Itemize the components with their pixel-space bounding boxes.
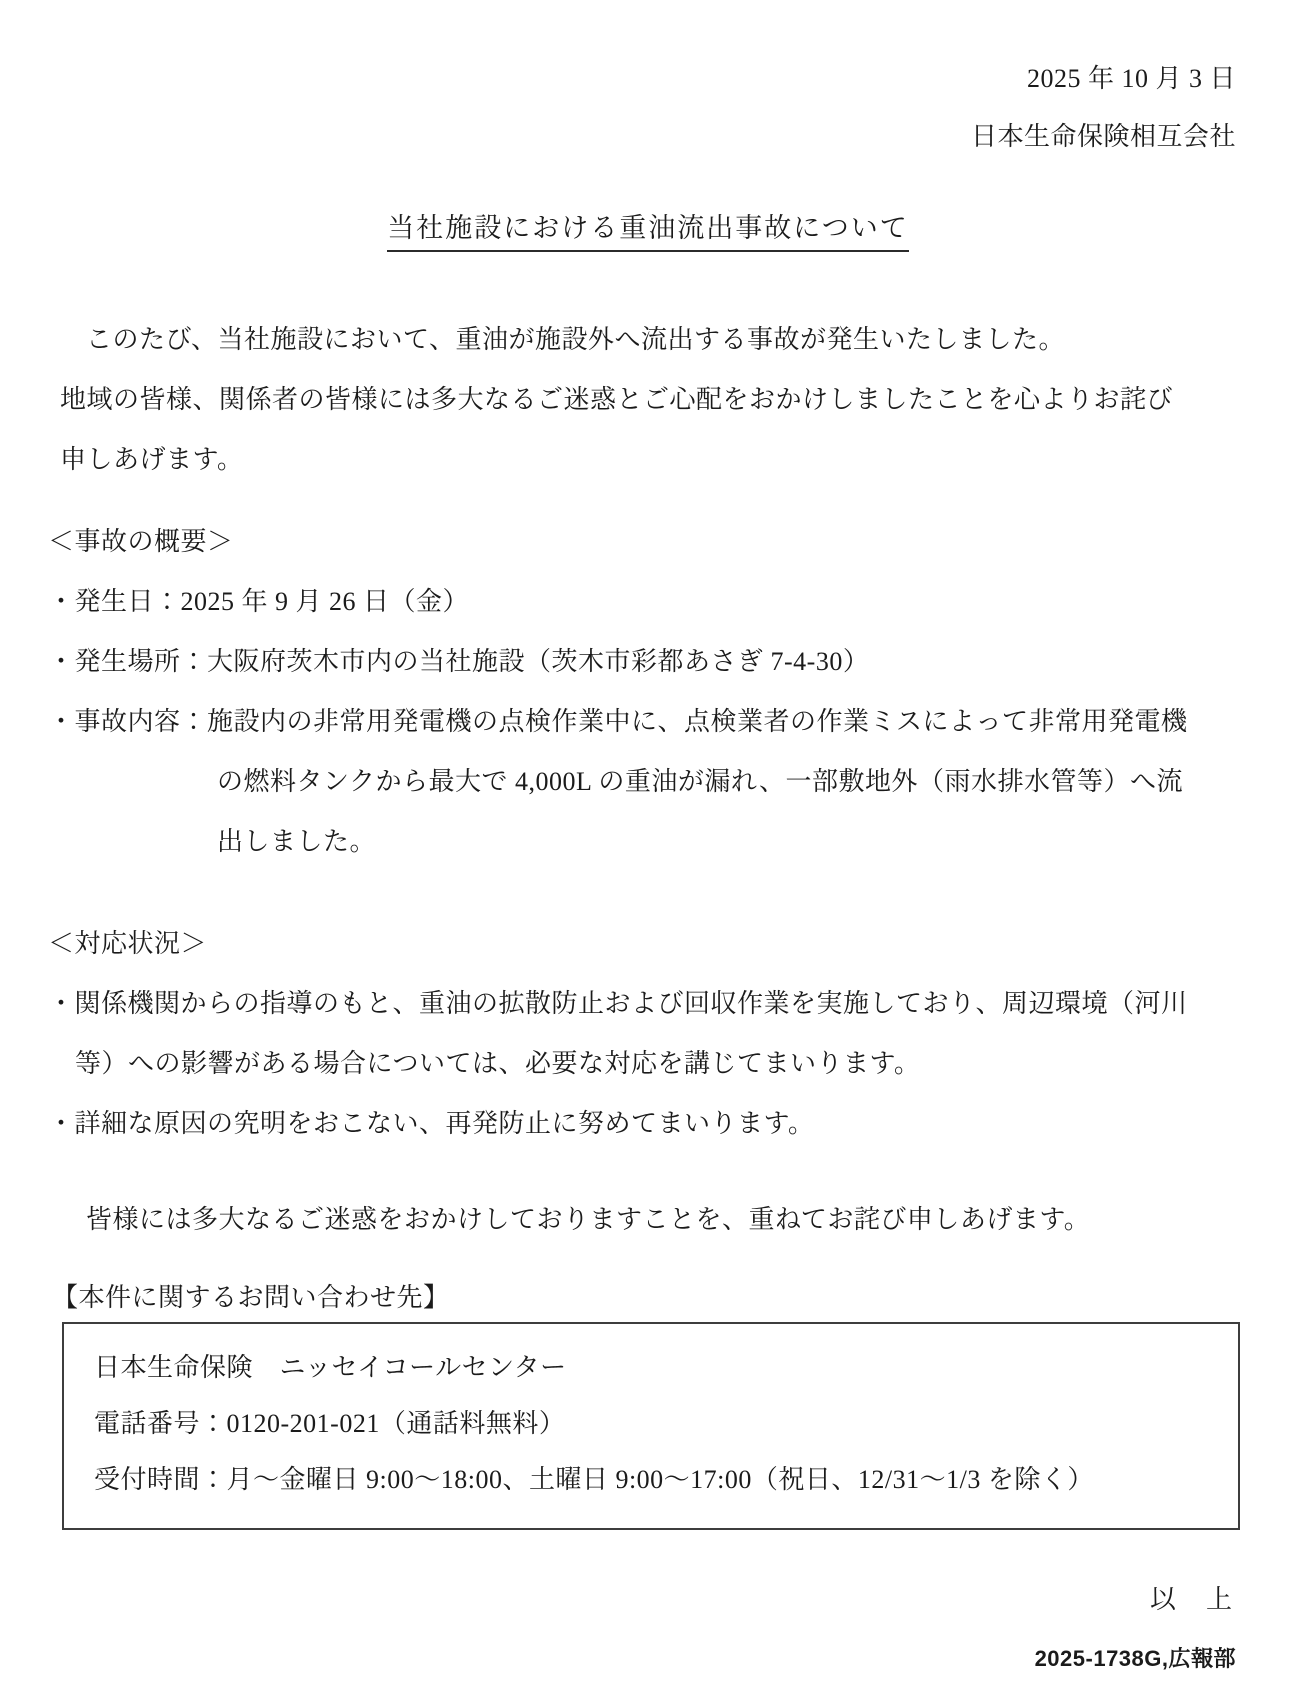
response-item-1-line-1: ・関係機関からの指導のもと、重油の拡散防止および回収作業を実施しており、周辺環境…	[48, 974, 1236, 1034]
press-release-page: 2025 年 10 月 3 日 日本生命保険相互会社 当社施設における重油流出事…	[0, 0, 1300, 1694]
contact-section-heading: 【本件に関するお問い合わせ先】	[52, 1274, 1236, 1322]
contact-phone-number: 電話番号：0120-201-021（通話料無料）	[94, 1396, 1228, 1452]
overview-location-item: ・発生場所：大阪府茨木市内の当社施設（茨木市彩都あさぎ 7-4-30）	[48, 632, 1236, 692]
overview-detail-line-1: ・事故内容：施設内の非常用発電機の点検作業中に、点検業者の作業ミスによって非常用…	[48, 692, 1236, 752]
response-item-2: ・詳細な原因の究明をおこない、再発防止に努めてまいります。	[48, 1094, 1236, 1154]
contact-info-box: 日本生命保険 ニッセイコールセンター 電話番号：0120-201-021（通話料…	[62, 1322, 1240, 1530]
end-mark: 以 上	[60, 1582, 1236, 1618]
contact-business-hours: 受付時間：月～金曜日 9:00～18:00、土曜日 9:00～17:00（祝日、…	[94, 1452, 1228, 1508]
title-row: 当社施設における重油流出事故について	[60, 206, 1236, 252]
release-date: 2025 年 10 月 3 日	[60, 62, 1236, 96]
response-section-heading: ＜対応状況＞	[48, 914, 1236, 974]
intro-paragraph-line-3: 申しあげます。	[60, 430, 1236, 490]
overview-detail-line-2: の燃料タンクから最大で 4,000L の重油が漏れ、一部敷地外（雨水排水管等）へ…	[60, 752, 1236, 812]
contact-center-name: 日本生命保険 ニッセイコールセンター	[94, 1340, 1228, 1396]
document-title: 当社施設における重油流出事故について	[387, 206, 908, 252]
intro-paragraph-line-1: このたび、当社施設において、重油が施設外へ流出する事故が発生いたしました。	[60, 310, 1236, 370]
intro-paragraph-line-2: 地域の皆様、関係者の皆様には多大なるご迷惑とご心配をおかけしましたことを心よりお…	[60, 370, 1236, 430]
overview-detail-line-3: 出しました。	[60, 812, 1236, 872]
overview-date-item: ・発生日：2025 年 9 月 26 日（金）	[48, 572, 1236, 632]
document-reference-number: 2025-1738G,広報部	[60, 1644, 1236, 1674]
closing-apology: 皆様には多大なるご迷惑をおかけしておりますことを、重ねてお詫び申しあげます。	[60, 1190, 1236, 1250]
overview-section-heading: ＜事故の概要＞	[48, 512, 1236, 572]
company-name: 日本生命保険相互会社	[60, 120, 1236, 154]
response-item-1-line-2: 等）への影響がある場合については、必要な対応を講じてまいります。	[60, 1034, 1236, 1094]
